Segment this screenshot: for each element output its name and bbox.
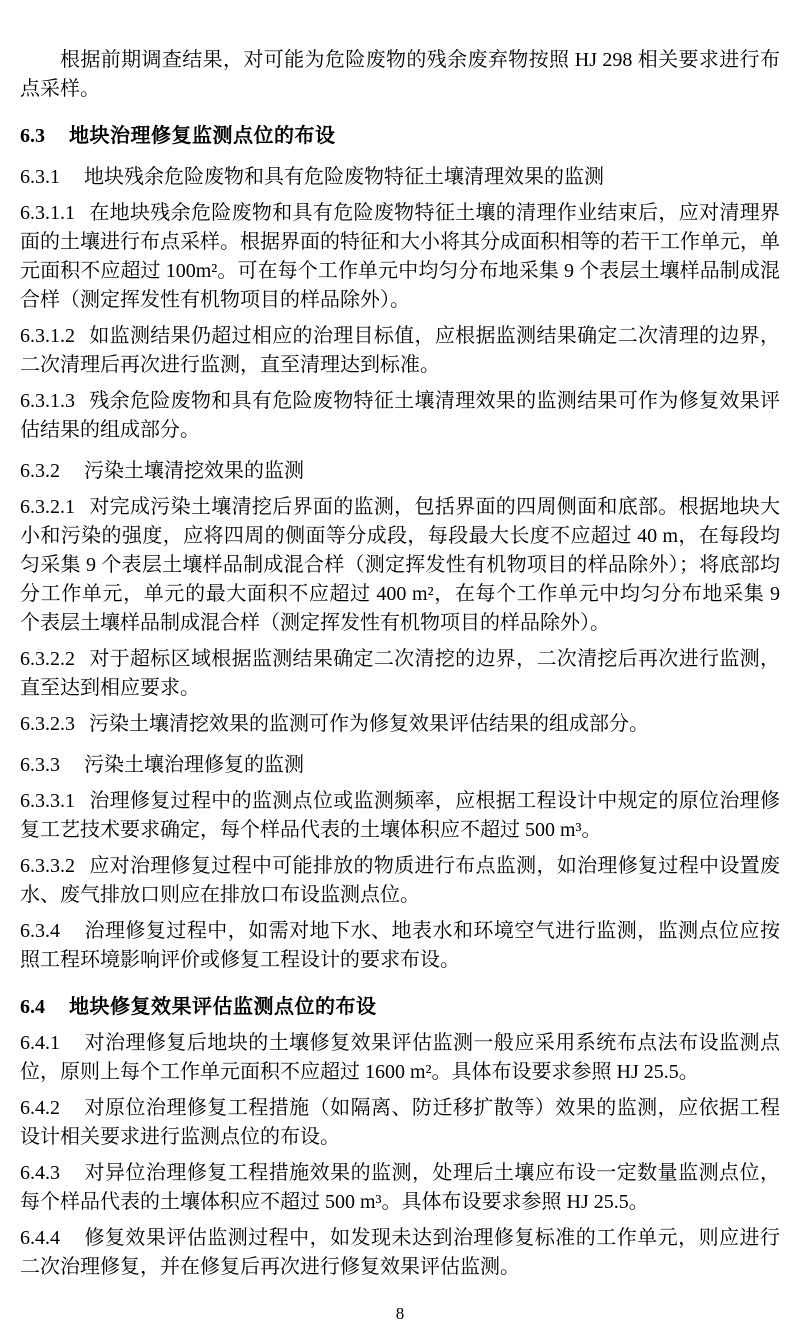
clause-number: 6.3.2.3: [20, 713, 75, 735]
heading-6-4: 6.4地块修复效果评估监测点位的布设: [20, 993, 780, 1022]
heading-6-3-3: 6.3.3污染土壤治理修复的监测: [20, 751, 780, 780]
clause-number: 6.4.2: [20, 1097, 60, 1119]
clause-text: 修复效果评估监测过程中，如发现未达到治理修复标准的工作单元，则应进行二次治理修复…: [20, 1227, 780, 1278]
document-page: 根据前期调查结果，对可能为危险废物的残余废弃物按照 HJ 298 相关要求进行布…: [0, 0, 800, 1282]
clause-number: 6.3: [20, 125, 45, 147]
clause-6-3-2-3: 6.3.2.3污染土壤清挖效果的监测可作为修复效果评估结果的组成部分。: [20, 710, 780, 739]
clause-text: 对完成污染土壤清挖后界面的监测，包括界面的四周侧面和底部。根据地块大小和污染的强…: [20, 496, 780, 634]
clause-text: 对于超标区域根据监测结果确定二次清挖的边界，二次清挖后再次进行监测，直至达到相应…: [20, 648, 780, 699]
clause-6-3-2-2: 6.3.2.2对于超标区域根据监测结果确定二次清挖的边界，二次清挖后再次进行监测…: [20, 645, 780, 703]
clause-text: 对原位治理修复工程措施（如隔离、防迁移扩散等）效果的监测，应依据工程设计相关要求…: [20, 1097, 780, 1148]
clause-number: 6.3.1: [20, 166, 60, 188]
clause-6-3-2-1: 6.3.2.1对完成污染土壤清挖后界面的监测，包括界面的四周侧面和底部。根据地块…: [20, 493, 780, 638]
clause-6-3-4: 6.3.4治理修复过程中，如需对地下水、地表水和环境空气进行监测，监测点位应按照…: [20, 917, 780, 975]
clause-6-4-1: 6.4.1对治理修复后地块的土壤修复效果评估监测一般应采用系统布点法布设监测点位…: [20, 1029, 780, 1087]
clause-number: 6.3.3: [20, 754, 60, 776]
clause-number: 6.4.4: [20, 1227, 60, 1249]
clause-number: 6.4: [20, 996, 45, 1018]
clause-text: 应对治理修复过程中可能排放的物质进行布点监测，如治理修复过程中设置废水、废气排放…: [20, 855, 780, 906]
heading-text: 污染土壤治理修复的监测: [84, 754, 304, 776]
clause-6-3-1-3: 6.3.1.3残余危险废物和具有危险废物特征土壤清理效果的监测结果可作为修复效果…: [20, 387, 780, 445]
clause-text: 污染土壤清挖效果的监测可作为修复效果评估结果的组成部分。: [89, 713, 649, 735]
clause-number: 6.3.3.1: [20, 790, 75, 812]
clause-6-4-4: 6.4.4修复效果评估监测过程中，如发现未达到治理修复标准的工作单元，则应进行二…: [20, 1224, 780, 1282]
clause-text: 残余危险废物和具有危险废物特征土壤清理效果的监测结果可作为修复效果评估结果的组成…: [20, 390, 780, 441]
intro-paragraph: 根据前期调查结果，对可能为危险废物的残余废弃物按照 HJ 298 相关要求进行布…: [20, 46, 780, 104]
heading-6-3: 6.3地块治理修复监测点位的布设: [20, 122, 780, 151]
clause-text: 对治理修复后地块的土壤修复效果评估监测一般应采用系统布点法布设监测点位，原则上每…: [20, 1032, 780, 1083]
clause-6-3-3-2: 6.3.3.2应对治理修复过程中可能排放的物质进行布点监测，如治理修复过程中设置…: [20, 852, 780, 910]
clause-number: 6.3.1.2: [20, 325, 75, 347]
clause-number: 6.3.2.1: [20, 496, 75, 518]
heading-text: 地块修复效果评估监测点位的布设: [69, 996, 377, 1018]
clause-number: 6.3.1.3: [20, 390, 75, 412]
intro-paragraph-text: 根据前期调查结果，对可能为危险废物的残余废弃物按照 HJ 298 相关要求进行布…: [20, 49, 780, 100]
page-number: 8: [0, 1304, 800, 1324]
clause-text: 治理修复过程中，如需对地下水、地表水和环境空气进行监测，监测点位应按照工程环境影…: [20, 920, 780, 971]
clause-number: 6.3.2: [20, 460, 60, 482]
heading-text: 地块治理修复监测点位的布设: [69, 125, 336, 147]
clause-6-3-1-1: 6.3.1.1在地块残余危险废物和具有危险废物特征土壤的清理作业结束后，应对清理…: [20, 199, 780, 315]
clause-6-3-1-2: 6.3.1.2如监测结果仍超过相应的治理目标值，应根据监测结果确定二次清理的边界…: [20, 322, 780, 380]
clause-number: 6.3.1.1: [20, 202, 75, 224]
heading-text: 地块残余危险废物和具有危险废物特征土壤清理效果的监测: [84, 166, 604, 188]
clause-text: 治理修复过程中的监测点位或监测频率，应根据工程设计中规定的原位治理修复工艺技术要…: [20, 790, 780, 841]
clause-number: 6.3.3.2: [20, 855, 75, 877]
clause-6-4-3: 6.4.3对异位治理修复工程措施效果的监测，处理后土壤应布设一定数量监测点位，每…: [20, 1159, 780, 1217]
clause-text: 如监测结果仍超过相应的治理目标值，应根据监测结果确定二次清理的边界，二次清理后再…: [20, 325, 780, 376]
clause-number: 6.4.3: [20, 1162, 60, 1184]
heading-text: 污染土壤清挖效果的监测: [84, 460, 304, 482]
clause-text: 对异位治理修复工程措施效果的监测，处理后土壤应布设一定数量监测点位，每个样品代表…: [20, 1162, 780, 1213]
clause-number: 6.3.4: [20, 920, 60, 942]
clause-6-3-3-1: 6.3.3.1治理修复过程中的监测点位或监测频率，应根据工程设计中规定的原位治理…: [20, 787, 780, 845]
clause-number: 6.3.2.2: [20, 648, 75, 670]
clause-6-4-2: 6.4.2对原位治理修复工程措施（如隔离、防迁移扩散等）效果的监测，应依据工程设…: [20, 1094, 780, 1152]
clause-text: 在地块残余危险废物和具有危险废物特征土壤的清理作业结束后，应对清理界面的土壤进行…: [20, 202, 780, 311]
heading-6-3-1: 6.3.1地块残余危险废物和具有危险废物特征土壤清理效果的监测: [20, 163, 780, 192]
heading-6-3-2: 6.3.2污染土壤清挖效果的监测: [20, 457, 780, 486]
clause-number: 6.4.1: [20, 1032, 60, 1054]
